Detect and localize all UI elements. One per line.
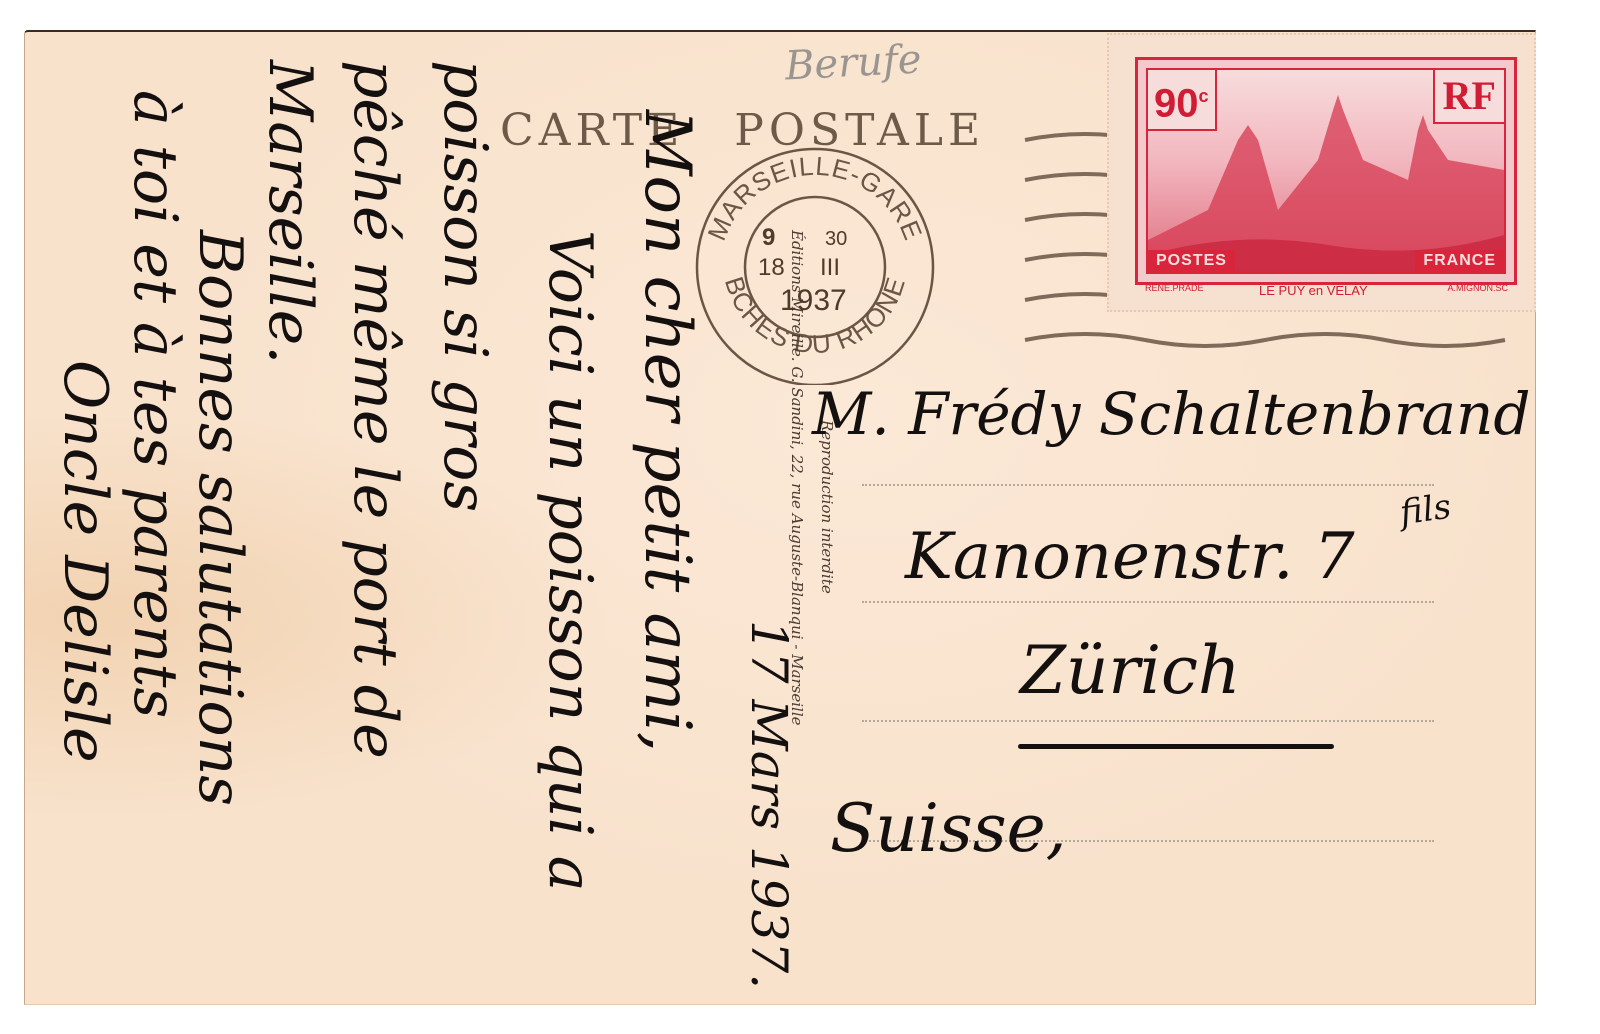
postmark-minute: 30 (825, 228, 847, 250)
city-underline (1018, 744, 1334, 749)
recipient-name: M. Frédy Schaltenbrand (812, 380, 1531, 448)
message-line-1: Mon cher petit ami, (630, 110, 704, 752)
address-line-rule-1 (862, 484, 1434, 486)
postmark: MARSEILLE-GARE BCHES DU RHONE 9 30 18 II… (690, 145, 940, 385)
stamp-value: 90c (1148, 70, 1217, 131)
stamp-title: LE PUY en VELAY (1259, 283, 1368, 298)
address-line-rule-2 (862, 601, 1434, 603)
message-line-5: Marseille. (255, 60, 325, 364)
message-date: 17 Mars 1937. (740, 620, 798, 989)
message-line-6: Bonnes salutations (185, 230, 255, 806)
recipient-street: Kanonenstr. 7 (905, 520, 1355, 594)
stamp-frame: 90c RF POSTES FRANCE (1135, 57, 1517, 285)
recipient-suffix: fils (1397, 487, 1453, 534)
address-line-rule-3 (862, 720, 1434, 722)
message-line-7: à toi et à tes parents (120, 90, 190, 718)
message-line-3: poisson si gros (430, 60, 500, 512)
publisher-rights: Reproduction interdite (818, 420, 836, 720)
postage-stamp: 90c RF POSTES FRANCE RENE.PRADE LE PUY e… (1107, 33, 1536, 312)
stamp-rf: RF (1433, 70, 1504, 124)
recipient-city: Zürich (1020, 632, 1241, 709)
message-line-4: pêché même le port de (340, 60, 410, 759)
message-signature: Oncle Delisle (50, 360, 120, 763)
postmark-hour: 9 (762, 224, 775, 251)
stamp-designer: RENE.PRADE (1145, 283, 1204, 293)
message-line-2: Voici un poisson qui a (535, 230, 605, 892)
pencil-annotation: Berufe (784, 36, 923, 89)
postmark-day: 18 (758, 254, 785, 281)
stamp-engraver: A.MIGNON.SC (1447, 283, 1508, 293)
postmark-month: III (820, 254, 840, 281)
stamp-postes: POSTES (1148, 250, 1235, 272)
recipient-country: Suisse, (830, 790, 1067, 867)
stamp-vignette: 90c RF POSTES FRANCE (1146, 68, 1506, 274)
stamp-country: FRANCE (1415, 250, 1504, 272)
